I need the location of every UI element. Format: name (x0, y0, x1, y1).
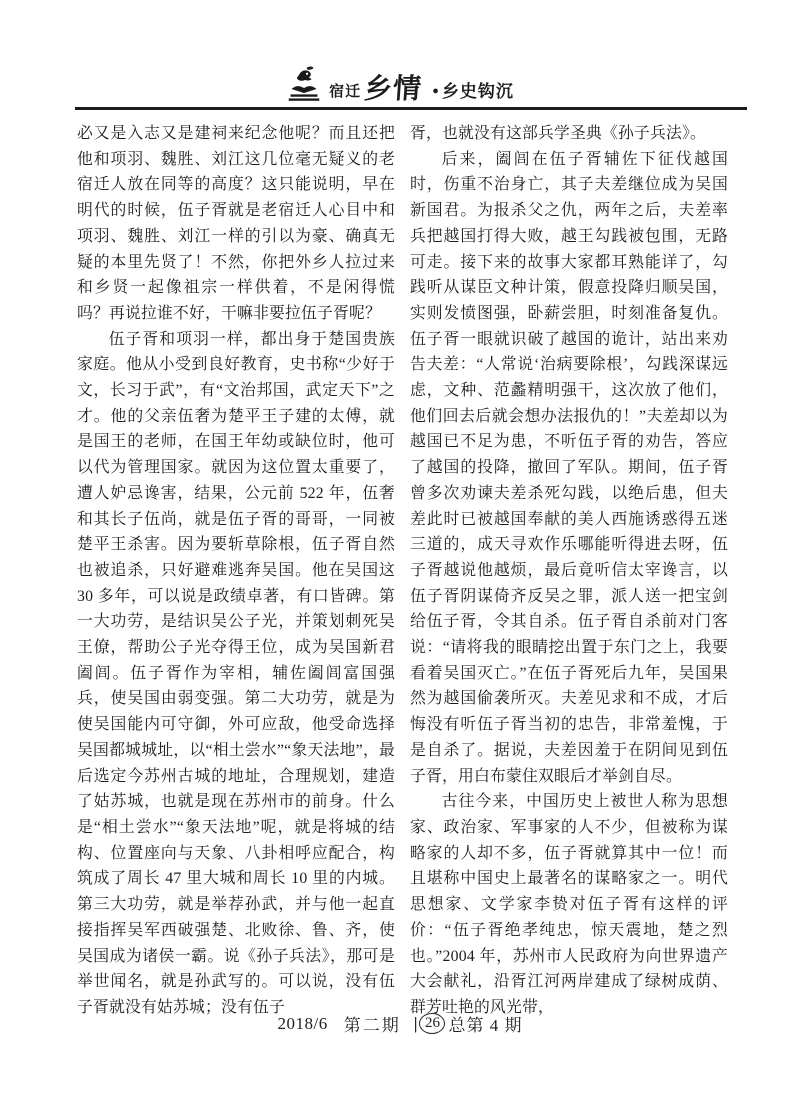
issue-date: 2018/6 (278, 1014, 328, 1034)
page-footer: 2018/6 第二期 | 26 总第 4 期 (0, 1011, 800, 1036)
issue-term: 第二期 (344, 1011, 401, 1036)
article-body: 必又是入志又是建祠来纪念他呢？而且还把他和项羽、魏胜、刘江这几位毫无疑义的老宿迁… (77, 121, 728, 1021)
footer-divider: | (414, 1014, 418, 1034)
paragraph: 后来，阖闾在伍子胥辅佐下征伐越国时，伤重不治身亡，其子夫差继位成为吴国新国君。为… (410, 147, 728, 790)
paragraph: 古往今来，中国历史上被世人称为思想家、政治家、军事家的人不少，但被称为谋略家的人… (410, 789, 728, 1020)
section-title: 乡史钩沉 (442, 83, 514, 103)
journal-name-prefix: 宿迁 (329, 84, 361, 103)
paragraph: 伍子胥和项羽一样，都出身于楚国贵族家庭。他从小受到良好教育，史书称“少好于文，长… (77, 327, 395, 1021)
journal-name: 乡情 (363, 75, 423, 103)
page-number-badge: 26 (419, 1013, 445, 1034)
paragraph: 胥，也就没有这部兵学圣典《孙子兵法》。 (410, 121, 728, 147)
header-divider-rule (75, 107, 747, 110)
magazine-page: 宿迁 乡情 ● 乡史钩沉 必又是入志又是建祠来纪念他呢？而且还把他和项羽、魏胜、… (0, 0, 800, 1114)
page-header: 宿迁 乡情 ● 乡史钩沉 (0, 66, 800, 103)
dove-over-open-book-icon (286, 66, 322, 103)
left-column: 必又是入志又是建祠来纪念他呢？而且还把他和项羽、魏胜、刘江这几位毫无疑义的老宿迁… (77, 121, 395, 1021)
bullet-separator-icon: ● (432, 86, 439, 103)
paragraph: 必又是入志又是建祠来纪念他呢？而且还把他和项羽、魏胜、刘江这几位毫无疑义的老宿迁… (77, 121, 395, 327)
volume-label: 总第 4 期 (448, 1011, 522, 1036)
right-column: 胥，也就没有这部兵学圣典《孙子兵法》。 后来，阖闾在伍子胥辅佐下征伐越国时，伤重… (410, 121, 728, 1021)
